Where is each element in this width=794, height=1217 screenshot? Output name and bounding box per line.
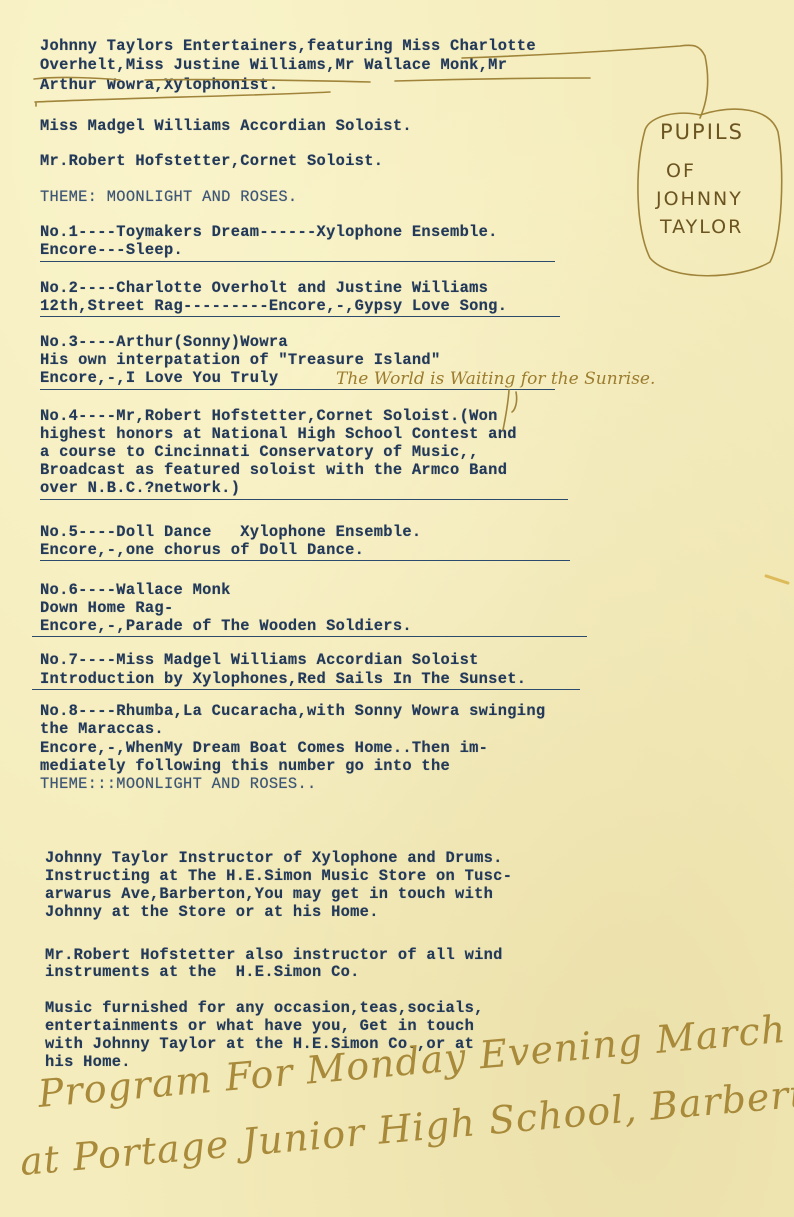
underline — [32, 636, 587, 637]
intro-line: Overhelt,Miss Justine Williams,Mr Wallac… — [40, 57, 507, 74]
program-line: His own interpatation of "Treasure Islan… — [40, 352, 441, 369]
program-line: 12th,Street Rag---------Encore,-,Gypsy L… — [40, 298, 507, 315]
margin-note-line: OF — [666, 160, 696, 182]
program-line: the Maraccas. — [40, 721, 164, 738]
underline — [40, 389, 555, 390]
program-line: No.7----Miss Madgel Williams Accordian S… — [40, 652, 479, 669]
program-line: Encore,-,Parade of The Wooden Soldiers. — [40, 618, 412, 635]
program-line: Encore,-,I Love You Truly — [40, 370, 278, 387]
program-line: No.8----Rhumba,La Cucaracha,with Sonny W… — [40, 703, 545, 720]
underline — [40, 261, 555, 262]
program-line: No.2----Charlotte Overholt and Justine W… — [40, 280, 488, 297]
program-line: No.4----Mr,Robert Hofstetter,Cornet Solo… — [40, 408, 498, 425]
note-line: instruments at the H.E.Simon Co. — [45, 964, 360, 981]
note-line: Music furnished for any occasion,teas,so… — [45, 1000, 484, 1017]
program-line: a course to Cincinnati Conservatory of M… — [40, 444, 479, 461]
program-line: No.1----Toymakers Dream------Xylophone E… — [40, 224, 498, 241]
program-line: THEME:::MOONLIGHT AND ROSES.. — [40, 776, 317, 793]
program-line: over N.B.C.?network.) — [40, 480, 240, 497]
underline — [40, 560, 570, 561]
paper-stain — [764, 574, 790, 585]
program-line: No.5----Doll Dance Xylophone Ensemble. — [40, 524, 421, 541]
program-line: Encore,-,WhenMy Dream Boat Comes Home..T… — [40, 740, 488, 757]
note-line: Johnny at the Store or at his Home. — [45, 904, 379, 921]
underline — [40, 316, 560, 317]
cornet-soloist: Mr.Robert Hofstetter,Cornet Soloist. — [40, 153, 383, 170]
accordion-soloist: Miss Madgel Williams Accordian Soloist. — [40, 118, 412, 135]
program-line: No.3----Arthur(Sonny)Wowra — [40, 334, 288, 351]
note-line: arwarus Ave,Barberton,You may get in tou… — [45, 886, 493, 903]
note-line: Instructing at The H.E.Simon Music Store… — [45, 868, 512, 885]
program-sheet: Johnny Taylors Entertainers,featuring Mi… — [0, 0, 794, 1217]
theme-line: THEME: MOONLIGHT AND ROSES. — [40, 189, 297, 206]
margin-note-line: JOHNNY — [656, 188, 743, 210]
program-line: highest honors at National High School C… — [40, 426, 517, 443]
program-line: Broadcast as featured soloist with the A… — [40, 462, 507, 479]
margin-note-line: PUPILS — [660, 120, 744, 144]
program-line: Down Home Rag- — [40, 600, 174, 617]
margin-note-line: TAYLOR — [660, 216, 743, 238]
intro-line: Johnny Taylors Entertainers,featuring Mi… — [40, 38, 536, 55]
intro-line: Arthur Wowra,Xylophonist. — [40, 77, 278, 94]
program-line: mediately following this number go into … — [40, 758, 450, 775]
program-line: Encore,-,one chorus of Doll Dance. — [40, 542, 364, 559]
underline — [32, 689, 580, 690]
note-line: Johnny Taylor Instructor of Xylophone an… — [45, 850, 503, 867]
program-line: Introduction by Xylophones,Red Sails In … — [40, 671, 526, 688]
note-line: Mr.Robert Hofstetter also instructor of … — [45, 947, 503, 964]
program-line: Encore---Sleep. — [40, 242, 183, 259]
note-line: entertainments or what have you, Get in … — [45, 1018, 474, 1035]
program-line: No.6----Wallace Monk — [40, 582, 231, 599]
underline — [40, 499, 568, 500]
handwritten-encore: The World is Waiting for the Sunrise. — [336, 369, 655, 389]
